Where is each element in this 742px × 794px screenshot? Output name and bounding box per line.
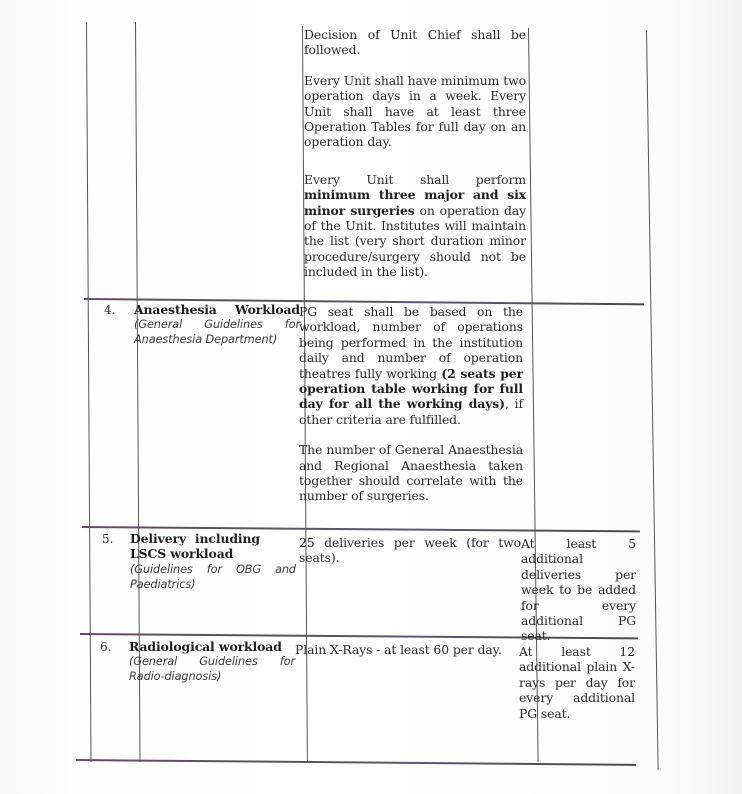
text-run: Every Unit shall perform (304, 172, 526, 187)
additional-cell: At least 5 additional deliveries per wee… (521, 536, 636, 644)
table-row-continuation-requirement: Decision of Unit Chief shall be followed… (304, 27, 526, 295)
requirement-paragraph: Decision of Unit Chief shall be followed… (304, 27, 526, 58)
parameter-subtitle: (Guidelines for OBG and Paediatrics) (130, 562, 296, 592)
parameter-title: Anaesthesia Workload (134, 302, 300, 317)
requirement-paragraph: Every Unit shall perform minimum three m… (304, 172, 526, 280)
requirement-paragraph: Plain X-Rays - at least 60 per day. (295, 642, 517, 657)
parameter-subtitle: (General Guidelines for Anaesthesia Depa… (134, 317, 300, 347)
parameter-cell: Radiological workload (General Guideline… (129, 639, 295, 684)
additional-cell: At least 12 additional plain X-rays per … (519, 644, 635, 721)
table-border-left (86, 22, 92, 762)
parameter-title: Delivery including LSCS workload (130, 531, 260, 562)
requirement-cell: Plain X-Rays - at least 60 per day. (295, 642, 517, 672)
row-number: 5. (102, 532, 113, 547)
requirement-cell: 25 deliveries per week (for two seats). (297, 535, 521, 581)
table-border-bottom (76, 759, 636, 766)
row-number: 4. (104, 303, 115, 318)
requirement-paragraph: Every Unit shall have minimum two operat… (304, 73, 526, 150)
parameter-title: Radiological workload (129, 639, 295, 654)
parameter-subtitle: (General Guidelines for Radio-diagnosis) (129, 654, 295, 684)
requirement-paragraph: The number of General Anaesthesia and Re… (299, 442, 523, 504)
table-border-right (646, 30, 659, 770)
parameter-cell: Anaesthesia Workload (General Guidelines… (134, 302, 300, 347)
row-number: 6. (100, 640, 111, 655)
requirement-cell: PG seat shall be based on the workload, … (299, 304, 523, 519)
requirement-paragraph: PG seat shall be based on the workload, … (299, 304, 523, 427)
scanned-document-page: Decision of Unit Chief shall be followed… (0, 0, 742, 794)
parameter-cell: Delivery including LSCS workload (Guidel… (130, 531, 296, 592)
requirement-paragraph: 25 deliveries per week (for two seats). (297, 535, 521, 566)
